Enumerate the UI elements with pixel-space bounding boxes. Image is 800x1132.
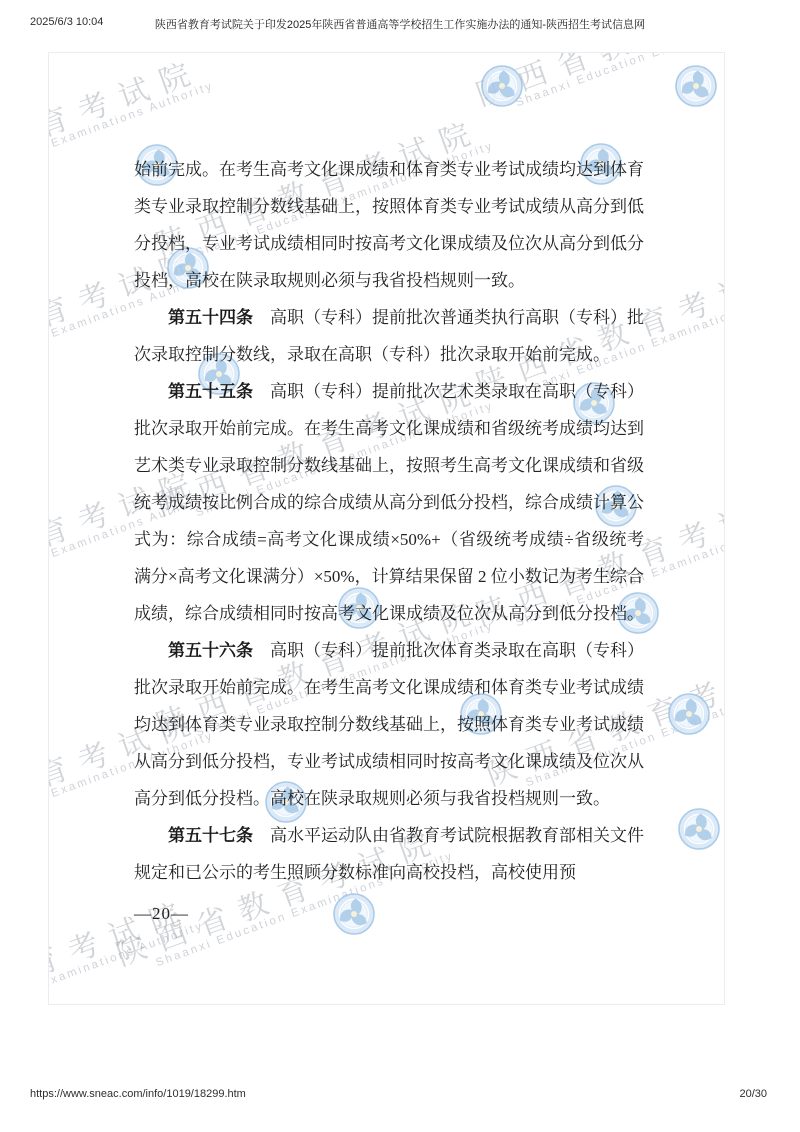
education-authority-seal-icon <box>333 893 375 935</box>
paragraph-text: 始前完成。在考生高考文化课成绩和体育类专业考试成绩均达到体育类专业录取控制分数线… <box>134 160 644 290</box>
paragraph-text: 高职（专科）提前批次艺术类录取在高职（专科）批次录取开始前完成。在考生高考文化课… <box>134 382 644 623</box>
watermark-text: 陕西省教育考试院Shaanxi Education Examinations A… <box>469 52 725 121</box>
print-page-title: 陕西省教育考试院关于印发2025年陕西省普通高等学校招生工作实施办法的通知-陕西… <box>0 16 800 32</box>
education-authority-seal-icon <box>481 65 523 107</box>
print-footer: https://www.sneac.com/info/1019/18299.ht… <box>0 1088 800 1104</box>
paragraph-text: 高职（专科）提前批次体育类录取在高职（专科）批次录取开始前完成。在考生高考文化课… <box>134 641 644 808</box>
watermark-en-text: Shaanxi Education Examinations Authority <box>48 920 205 1005</box>
article-label: 第五十四条 <box>168 308 270 327</box>
paragraph-article-57: 第五十七条 高水平运动队由省教育考试院根据教育部相关文件规定和已公示的考生照顾分… <box>134 817 644 891</box>
document-body: 始前完成。在考生高考文化课成绩和体育类专业考试成绩均达到体育类专业录取控制分数线… <box>134 151 644 891</box>
article-label: 第五十七条 <box>168 826 270 845</box>
education-authority-seal-icon <box>678 808 720 850</box>
education-authority-seal-icon <box>675 65 717 107</box>
paragraph-article-56: 第五十六条 高职（专科）提前批次体育类录取在高职（专科）批次录取开始前完成。在考… <box>134 632 644 817</box>
article-label: 第五十五条 <box>168 382 270 401</box>
article-label: 第五十六条 <box>168 641 270 660</box>
watermark-en-text: Shaanxi Education Examinations Authority <box>514 52 725 109</box>
paragraph-continuation: 始前完成。在考生高考文化课成绩和体育类专业考试成绩均达到体育类专业录取控制分数线… <box>134 151 644 299</box>
document-page: 陕西省教育考试院Shaanxi Education Examinations A… <box>48 52 725 1005</box>
paragraph-article-55: 第五十五条 高职（专科）提前批次艺术类录取在高职（专科）批次录取开始前完成。在考… <box>134 373 644 632</box>
paragraph-article-54: 第五十四条 高职（专科）提前批次普通类执行高职（专科）批次录取控制分数线，录取在… <box>134 299 644 373</box>
print-url: https://www.sneac.com/info/1019/18299.ht… <box>30 1088 246 1100</box>
watermark-cn-text: 陕西省教育考试院 <box>469 52 725 114</box>
education-authority-seal-icon <box>668 693 710 735</box>
watermark-cn-text: 陕西省教育考试院 <box>48 883 203 1005</box>
page-number: —20— <box>134 904 189 924</box>
print-page-indicator: 20/30 <box>739 1088 767 1100</box>
print-header: 2025/6/3 10:04 陕西省教育考试院关于印发2025年陕西省普通高等学… <box>0 16 800 32</box>
watermark-text: 陕西省教育考试院Shaanxi Education Examinations A… <box>48 883 205 1005</box>
